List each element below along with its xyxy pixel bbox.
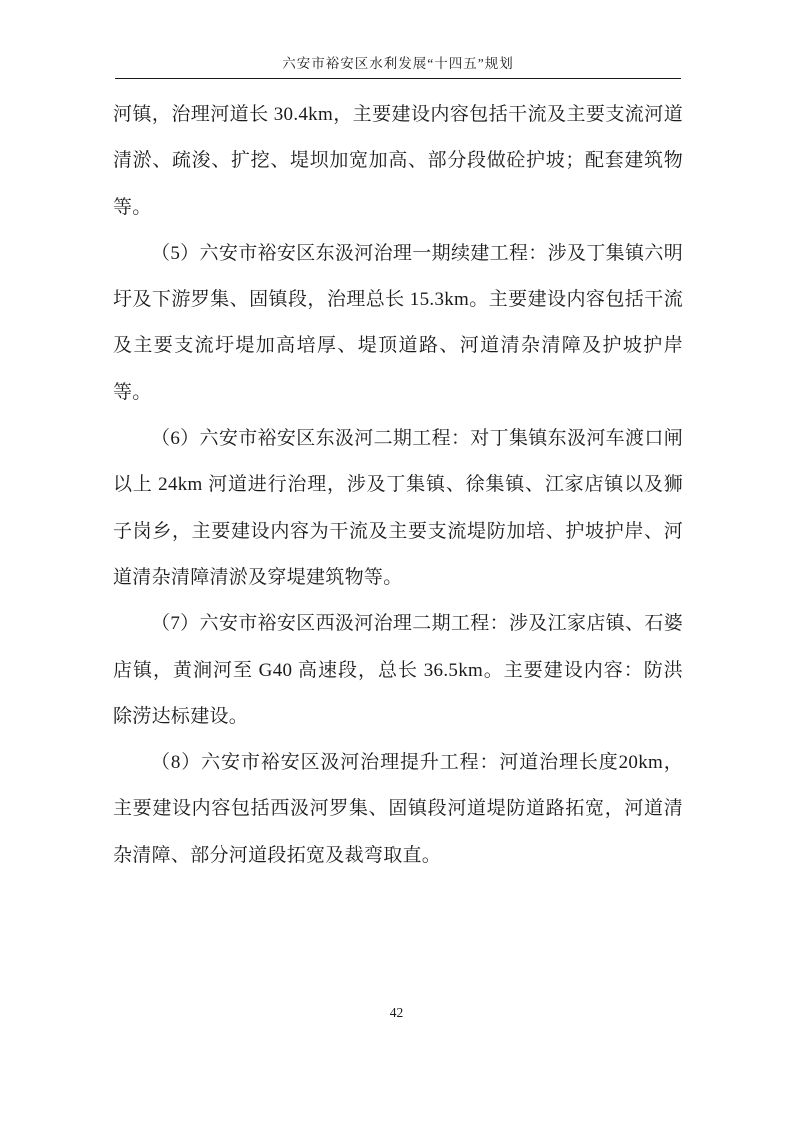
body-paragraph-item-5: （5）六安市裕安区东汲河治理一期续建工程：涉及丁集镇六明圩及下游罗集、固镇段，治… [113, 231, 683, 416]
page-number: 42 [390, 1005, 404, 1020]
document-body: 河镇，治理河道长 30.4km，主要建设内容包括干流及主要支流河道清淤、疏浚、扩… [113, 92, 683, 879]
body-paragraph-item-7: （7）六安市裕安区西汲河治理二期工程：涉及江家店镇、石婆店镇，黄涧河至 G40 … [113, 601, 683, 740]
page-footer: 42 [0, 1004, 793, 1022]
body-paragraph-continuation: 河镇，治理河道长 30.4km，主要建设内容包括干流及主要支流河道清淤、疏浚、扩… [113, 92, 683, 231]
header-title: 六安市裕安区水利发展“十四五”规划 [115, 52, 681, 72]
document-page: 六安市裕安区水利发展“十四五”规划 河镇，治理河道长 30.4km，主要建设内容… [0, 0, 793, 1122]
body-paragraph-item-8: （8）六安市裕安区汲河治理提升工程：河道治理长度20km，主要建设内容包括西汲河… [113, 740, 683, 879]
body-paragraph-item-6: （6）六安市裕安区东汲河二期工程：对丁集镇东汲河车渡口闸以上 24km 河道进行… [113, 416, 683, 601]
page-header: 六安市裕安区水利发展“十四五”规划 [115, 0, 681, 79]
